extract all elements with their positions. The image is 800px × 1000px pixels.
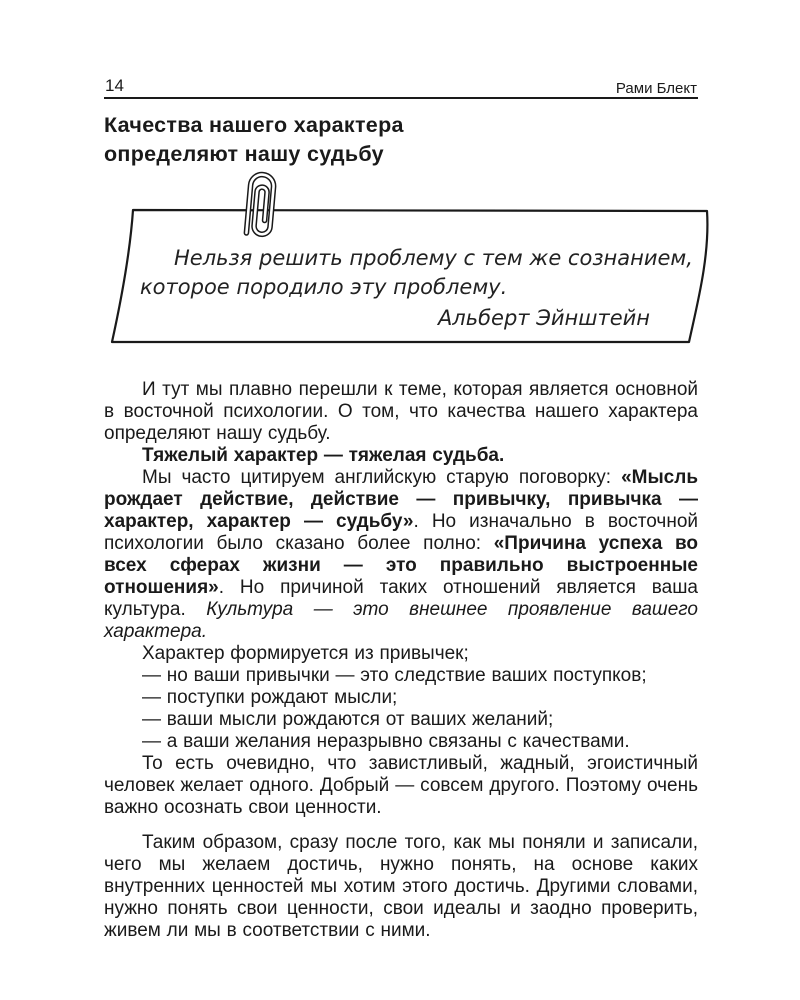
paragraph: Мы часто цитируем английскую старую пого… xyxy=(104,467,698,643)
text-run: — поступки рождают мысли; xyxy=(142,687,397,708)
paragraph: — но ваши привычки — это следствие ваших… xyxy=(104,665,698,687)
paragraph: — поступки рождают мысли; xyxy=(104,687,698,709)
chapter-title: Качества нашего характера определяют наш… xyxy=(104,111,404,169)
paragraph: То есть очевидно, что завистливый, жадны… xyxy=(104,753,698,819)
text-run: — а ваши желания неразрывно связаны с ка… xyxy=(142,731,630,752)
text-run: И тут мы плавно перешли к теме, которая … xyxy=(104,379,698,444)
text-run: Тяжелый характер — тяжелая судьба. xyxy=(142,445,504,466)
text-run: Мы часто цитируем английскую старую пого… xyxy=(142,467,621,488)
paragraph: Характер формируется из привычек; xyxy=(104,643,698,665)
paragraph: — а ваши желания неразрывно связаны с ка… xyxy=(104,731,698,753)
running-head-author: Рами Блект xyxy=(616,80,697,97)
text-run: Характер формируется из привычек; xyxy=(142,643,469,664)
header-rule xyxy=(104,97,698,99)
page-number: 14 xyxy=(105,76,124,96)
paragraph: И тут мы плавно перешли к теме, которая … xyxy=(104,379,698,445)
text-run: — но ваши привычки — это следствие ваших… xyxy=(142,665,647,686)
body-text: И тут мы плавно перешли к теме, которая … xyxy=(104,379,698,942)
text-run: Таким образом, сразу после того, как мы … xyxy=(104,832,698,941)
text-run: То есть очевидно, что завистливый, жадны… xyxy=(104,753,698,818)
book-page: 14 Рами Блект Качества нашего характера … xyxy=(0,0,800,1000)
quote-attribution: Альберт Эйнштейн xyxy=(438,306,650,330)
text-run: — ваши мысли рождаются от ваших желаний; xyxy=(142,709,553,730)
paragraph: Тяжелый характер — тяжелая судьба. xyxy=(104,445,698,467)
einstein-quote: Нельзя решить проблему с тем же сознание… xyxy=(140,244,696,302)
quote-note-illustration: Нельзя решить проблему с тем же сознание… xyxy=(90,168,720,360)
chapter-title-line1: Качества нашего характера xyxy=(104,111,404,140)
paragraph: Таким образом, сразу после того, как мы … xyxy=(104,832,698,942)
chapter-title-line2: определяют нашу судьбу xyxy=(104,140,404,169)
paragraph: — ваши мысли рождаются от ваших желаний; xyxy=(104,709,698,731)
